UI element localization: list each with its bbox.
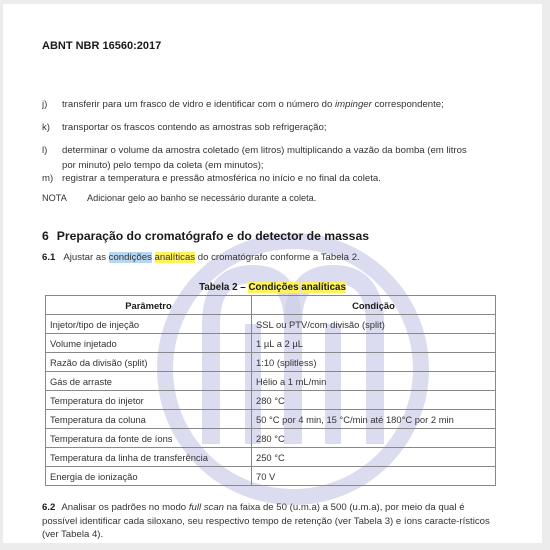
subsection-number: 6.2 bbox=[42, 502, 55, 513]
parameter-cell: Gás de arraste bbox=[46, 372, 252, 391]
condition-cell: Hélio a 1 mL/min bbox=[252, 372, 496, 391]
table-row: Injetor/tipo de injeçãoSSL ou PTV/com di… bbox=[46, 315, 496, 334]
list-marker: k) bbox=[42, 120, 50, 135]
table-row: Volume injetado1 µL a 2 µL bbox=[46, 334, 496, 353]
list-text: determinar o volume da amostra coletado … bbox=[62, 143, 467, 173]
parameter-cell: Temperatura do injetor bbox=[46, 391, 252, 410]
note-label: NOTA bbox=[42, 193, 67, 203]
table-row: Razão da divisão (split)1:10 (splitless) bbox=[46, 353, 496, 372]
condition-cell: 50 °C por 4 min, 15 °C/min até 180°C por… bbox=[252, 410, 496, 429]
list-text: registrar a temperatura e pressão atmosf… bbox=[62, 171, 381, 186]
parameter-cell: Volume injetado bbox=[46, 334, 252, 353]
highlight-yellow: Condições bbox=[248, 282, 298, 293]
section-heading: 6Preparação do cromatógrafo e do detecto… bbox=[42, 229, 369, 243]
parameter-cell: Injetor/tipo de injeção bbox=[46, 315, 252, 334]
parameter-cell: Temperatura da coluna bbox=[46, 410, 252, 429]
table-caption: Tabela 2 – Condições analíticas bbox=[3, 282, 542, 293]
list-text: transportar os frascos contendo as amost… bbox=[62, 120, 327, 135]
table-row: Gás de arrasteHélio a 1 mL/min bbox=[46, 372, 496, 391]
highlight-yellow: analíticas bbox=[155, 252, 196, 263]
condition-cell: SSL ou PTV/com divisão (split) bbox=[252, 315, 496, 334]
table-row: Temperatura da fonte de íons280 °C bbox=[46, 429, 496, 448]
condition-cell: 280 °C bbox=[252, 429, 496, 448]
condition-cell: 1 µL a 2 µL bbox=[252, 334, 496, 353]
highlight-blue: condições bbox=[109, 252, 152, 263]
column-header: Parâmetro bbox=[46, 296, 252, 315]
parameter-cell: Energia de ionização bbox=[46, 467, 252, 486]
parameter-cell: Temperatura da linha de transferência bbox=[46, 448, 252, 467]
parameter-cell: Razão da divisão (split) bbox=[46, 353, 252, 372]
condition-cell: 280 °C bbox=[252, 391, 496, 410]
subsection-6-1: 6.1Ajustar as condições analíticas do cr… bbox=[42, 251, 360, 265]
note-text: Adicionar gelo ao banho se necessário du… bbox=[87, 193, 316, 203]
condition-cell: 1:10 (splitless) bbox=[252, 353, 496, 372]
parameter-cell: Temperatura da fonte de íons bbox=[46, 429, 252, 448]
table-row: Temperatura da linha de transferência250… bbox=[46, 448, 496, 467]
table-row: Temperatura da coluna50 °C por 4 min, 15… bbox=[46, 410, 496, 429]
list-marker: j) bbox=[42, 97, 47, 112]
column-header: Condição bbox=[252, 296, 496, 315]
table-header-row: Parâmetro Condição bbox=[46, 296, 496, 315]
list-text: transferir para um frasco de vidro e ide… bbox=[62, 97, 444, 112]
document-page: ABNT NBR 16560:2017 j) transferir para u… bbox=[3, 4, 542, 543]
table-row: Energia de ionização70 V bbox=[46, 467, 496, 486]
list-marker: m) bbox=[42, 171, 53, 186]
condition-cell: 250 °C bbox=[252, 448, 496, 467]
section-title: Preparação do cromatógrafo e do detector… bbox=[57, 229, 369, 243]
subsection-number: 6.1 bbox=[42, 252, 55, 263]
document-id: ABNT NBR 16560:2017 bbox=[42, 40, 161, 52]
section-number: 6 bbox=[42, 229, 49, 243]
subsection-6-2: 6.2Analisar os padrões no modo full scan… bbox=[42, 501, 502, 542]
table-row: Temperatura do injetor280 °C bbox=[46, 391, 496, 410]
condition-cell: 70 V bbox=[252, 467, 496, 486]
highlight-yellow: analíticas bbox=[301, 282, 346, 293]
conditions-table: Parâmetro Condição Injetor/tipo de injeç… bbox=[45, 295, 496, 486]
list-marker: l) bbox=[42, 143, 47, 158]
